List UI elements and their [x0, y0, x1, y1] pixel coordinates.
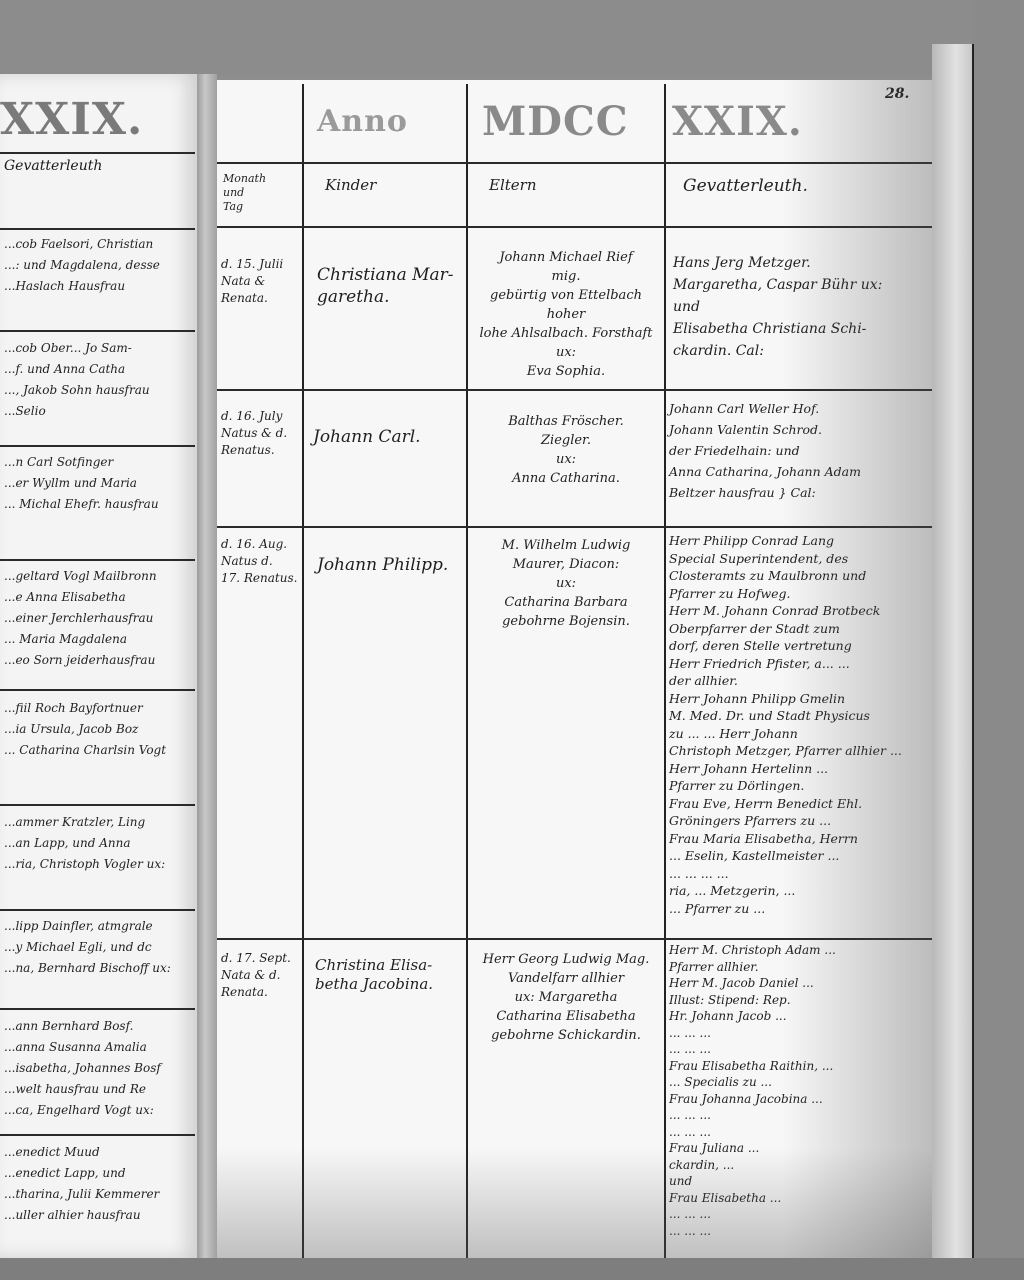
column-header-parents: Eltern	[489, 176, 536, 194]
header-rule	[217, 226, 932, 228]
left-entry: ...geltard Vogl Mailbronn ...e Anna Elis…	[4, 566, 192, 671]
column-rule	[466, 84, 468, 1258]
entry-sponsors: Johann Carl Weller Hof. Johann Valentin …	[669, 398, 927, 503]
entry-date: d. 16. Aug. Natus d. 17. Renatus.	[221, 536, 301, 587]
entry-parents: Johann Michael Rief mig. gebürtig von Et…	[471, 248, 661, 381]
column-header-children: Kinder	[325, 176, 376, 194]
right-page: 28. Anno MDCC XXIX. Monath und Tag Kinde…	[217, 80, 932, 1258]
entry-child: Johann Carl.	[313, 426, 461, 448]
column-header-sponsors: Gevatterleuth.	[683, 176, 808, 196]
entry-sponsors: Hans Jerg Metzger. Margaretha, Caspar Bü…	[673, 252, 925, 362]
left-entry: ...n Carl Sotfinger ...er Wyllm und Mari…	[4, 452, 192, 515]
entry-parents: Herr Georg Ludwig Mag. Vandelfarr allhie…	[469, 950, 663, 1045]
entry-child: Johann Philipp.	[317, 554, 465, 576]
row-rule	[0, 689, 195, 691]
entry-date: d. 15. Julii Nata & Renata.	[221, 256, 301, 307]
column-rule	[664, 84, 666, 1258]
entry-date: d. 16. July Natus & d. Renatus.	[221, 408, 301, 459]
column-rule	[302, 84, 304, 1258]
book-gutter	[197, 74, 217, 1258]
left-entry: ...ann Bernhard Bosf. ...anna Susanna Am…	[4, 1016, 192, 1121]
year-header-mdcc: MDCC	[482, 98, 629, 145]
column-header-date: Monath und Tag	[223, 172, 266, 214]
row-rule	[0, 330, 195, 332]
entry-date: d. 17. Sept. Nata & d. Renata.	[221, 950, 301, 1001]
header-rule	[0, 152, 195, 154]
row-rule	[0, 228, 195, 230]
row-rule	[0, 1008, 195, 1010]
row-rule	[217, 526, 932, 528]
row-rule	[217, 389, 932, 391]
left-entry: ...cob Ober... Jo Sam- ...f. und Anna Ca…	[4, 338, 192, 422]
row-rule	[0, 445, 195, 447]
row-rule	[0, 1134, 195, 1136]
entry-child: Christiana Mar- garetha.	[317, 264, 462, 308]
row-rule	[0, 804, 195, 806]
left-entry: ...enedict Muud ...enedict Lapp, und ...…	[4, 1142, 192, 1226]
left-page-year-fragment: XXIX.	[0, 94, 143, 145]
row-rule	[0, 909, 195, 911]
scanner-background	[0, 0, 1024, 75]
entry-child: Christina Elisa- betha Jacobina.	[315, 956, 465, 994]
entry-sponsors: Herr M. Christoph Adam ... Pfarrer allhi…	[669, 942, 927, 1239]
year-header-anno: Anno	[317, 104, 408, 139]
scanner-background	[0, 1258, 1024, 1280]
left-entry: ...lipp Dainfler, atmgrale ...y Michael …	[4, 916, 192, 979]
header-rule	[217, 162, 932, 164]
row-rule	[0, 559, 195, 561]
entry-sponsors: Herr Philipp Conrad Lang Special Superin…	[669, 532, 927, 917]
left-page-column-header: Gevatterleuth	[4, 158, 102, 174]
row-rule	[217, 938, 932, 940]
left-entry: ...fiil Roch Bayfortnuer ...ia Ursula, J…	[4, 698, 192, 761]
page-number: 28.	[885, 86, 909, 102]
entry-parents: Balthas Fröscher. Ziegler. ux: Anna Cath…	[471, 412, 661, 488]
entry-parents: M. Wilhelm Ludwig Maurer, Diacon: ux: Ca…	[471, 536, 661, 631]
page-edge-stack	[932, 44, 974, 1258]
year-header-xxix: XXIX.	[672, 98, 803, 145]
left-entry: ...cob Faelsori, Christian ...: und Magd…	[4, 234, 192, 297]
scanner-background	[972, 0, 1024, 1280]
left-entry: ...ammer Kratzler, Ling ...an Lapp, und …	[4, 812, 192, 875]
left-page: XXIX. Gevatterleuth ...cob Faelsori, Chr…	[0, 74, 197, 1258]
